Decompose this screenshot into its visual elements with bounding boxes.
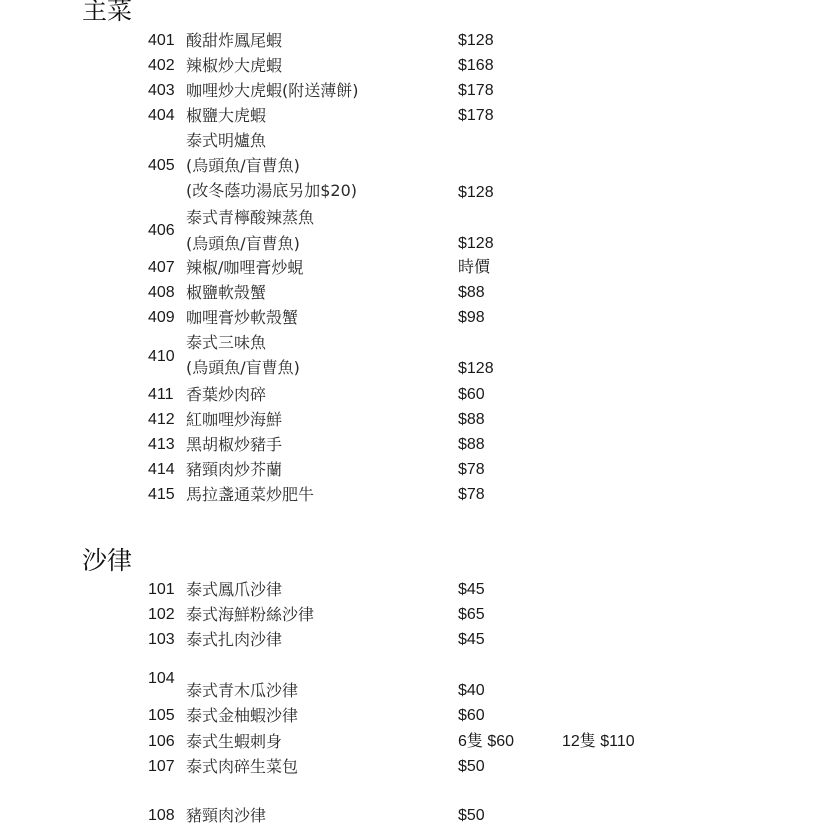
menu-item: 412 紅咖哩炒海鮮 $88 bbox=[0, 407, 828, 432]
menu-item: 414 豬頸肉炒芥蘭 $78 bbox=[0, 457, 828, 482]
item-code: 106 bbox=[148, 729, 175, 754]
menu-item: 105 泰式金柚蝦沙律 $60 bbox=[0, 703, 828, 728]
item-price: $98 bbox=[458, 305, 485, 330]
item-name: 泰式海鮮粉絲沙律 bbox=[186, 602, 314, 627]
section-title-main-dishes: 主菜 bbox=[82, 0, 132, 26]
item-name: 泰式肉碎生菜包 bbox=[186, 754, 298, 779]
item-code: 402 bbox=[148, 53, 175, 78]
item-price: $78 bbox=[458, 482, 485, 507]
item-name: 辣椒/咖哩膏炒蜆 bbox=[186, 255, 303, 280]
item-code: 104 bbox=[148, 666, 175, 691]
item-price: $45 bbox=[458, 627, 485, 652]
item-name: 泰式鳳爪沙律 bbox=[186, 577, 282, 602]
item-price: $78 bbox=[458, 457, 485, 482]
item-code: 410 bbox=[148, 344, 175, 369]
item-price: 6隻 $60 bbox=[458, 729, 514, 754]
item-code: 405 bbox=[148, 153, 175, 178]
item-price: $88 bbox=[458, 280, 485, 305]
item-code: 107 bbox=[148, 754, 175, 779]
item-price: $65 bbox=[458, 602, 485, 627]
item-code: 406 bbox=[148, 218, 175, 243]
item-price: $50 bbox=[458, 803, 485, 828]
menu-item: 404 椒鹽大虎蝦 $178 bbox=[0, 103, 828, 128]
menu-item: 409 咖哩膏炒軟殼蟹 $98 bbox=[0, 305, 828, 330]
menu-item: 泰式三味魚 410 (烏頭魚/盲曹魚) $128 bbox=[0, 330, 828, 380]
item-code: 105 bbox=[148, 703, 175, 728]
item-price: $168 bbox=[458, 53, 494, 78]
item-code: 403 bbox=[148, 78, 175, 103]
item-code: 103 bbox=[148, 627, 175, 652]
menu-item: 104 泰式青木瓜沙律 $40 bbox=[0, 666, 828, 706]
item-note: (烏頭魚/盲曹魚) bbox=[186, 231, 300, 256]
item-code: 411 bbox=[148, 382, 174, 407]
item-name: 泰式青檸酸辣蒸魚 bbox=[186, 205, 314, 230]
item-name: 泰式生蝦刺身 bbox=[186, 729, 282, 754]
menu-item: 107 泰式肉碎生菜包 $50 bbox=[0, 754, 828, 779]
item-code: 102 bbox=[148, 602, 175, 627]
menu-item: 106 泰式生蝦刺身 6隻 $60 12隻 $110 bbox=[0, 729, 828, 754]
item-name: 酸甜炸鳳尾蝦 bbox=[186, 28, 282, 53]
menu-item: 401 酸甜炸鳳尾蝦 $128 bbox=[0, 28, 828, 53]
menu-item: 415 馬拉盞通菜炒肥牛 $78 bbox=[0, 482, 828, 507]
item-note: (烏頭魚/盲曹魚) bbox=[186, 355, 300, 380]
item-name: 咖哩炒大虎蝦(附送薄餅) bbox=[186, 78, 359, 103]
menu-item: 103 泰式扎肉沙律 $45 bbox=[0, 627, 828, 652]
item-code: 408 bbox=[148, 280, 175, 305]
section-title-salads: 沙律 bbox=[82, 546, 132, 576]
item-code: 401 bbox=[148, 28, 175, 53]
menu-item: 408 椒鹽軟殼蟹 $88 bbox=[0, 280, 828, 305]
item-name: 辣椒炒大虎蝦 bbox=[186, 53, 282, 78]
item-code: 407 bbox=[148, 255, 175, 280]
item-name: 泰式扎肉沙律 bbox=[186, 627, 282, 652]
item-price: $128 bbox=[458, 356, 494, 381]
item-code: 412 bbox=[148, 407, 175, 432]
item-price: $88 bbox=[458, 407, 485, 432]
item-price: $128 bbox=[458, 180, 494, 205]
item-name: 香葉炒肉碎 bbox=[186, 382, 266, 407]
item-name: 紅咖哩炒海鮮 bbox=[186, 407, 282, 432]
item-code: 101 bbox=[148, 577, 175, 602]
menu-item: 102 泰式海鮮粉絲沙律 $65 bbox=[0, 602, 828, 627]
item-name: 黑胡椒炒豬手 bbox=[186, 432, 282, 457]
item-code: 414 bbox=[148, 457, 175, 482]
item-name: 泰式三味魚 bbox=[186, 330, 266, 355]
menu-item: 泰式明爐魚 405 (烏頭魚/盲曹魚) (改冬蔭功湯底另加$20) $128 bbox=[0, 128, 828, 203]
item-code: 108 bbox=[148, 803, 175, 828]
item-price-alt: 12隻 $110 bbox=[562, 729, 635, 754]
item-price: $60 bbox=[458, 703, 485, 728]
item-price: $88 bbox=[458, 432, 485, 457]
item-price: $60 bbox=[458, 382, 485, 407]
item-price: 時價 bbox=[458, 255, 490, 280]
item-price: $178 bbox=[458, 78, 494, 103]
item-name: 馬拉盞通菜炒肥牛 bbox=[186, 482, 314, 507]
item-price: $50 bbox=[458, 754, 485, 779]
item-name: 泰式明爐魚 bbox=[186, 128, 266, 153]
menu-item: 413 黑胡椒炒豬手 $88 bbox=[0, 432, 828, 457]
menu-item: 108 豬頸肉沙律 $50 bbox=[0, 803, 828, 828]
item-name: 豬頸肉炒芥蘭 bbox=[186, 457, 282, 482]
item-code: 404 bbox=[148, 103, 175, 128]
menu-item: 411 香葉炒肉碎 $60 bbox=[0, 382, 828, 407]
menu-item: 403 咖哩炒大虎蝦(附送薄餅) $178 bbox=[0, 78, 828, 103]
menu-item: 402 辣椒炒大虎蝦 $168 bbox=[0, 53, 828, 78]
item-name: 咖哩膏炒軟殼蟹 bbox=[186, 305, 298, 330]
item-price: $40 bbox=[458, 678, 485, 703]
item-note: (改冬蔭功湯底另加$20) bbox=[186, 178, 357, 203]
item-name: 豬頸肉沙律 bbox=[186, 803, 266, 828]
menu-item: 泰式青檸酸辣蒸魚 406 (烏頭魚/盲曹魚) $128 bbox=[0, 205, 828, 255]
item-code: 413 bbox=[148, 432, 175, 457]
item-price: $128 bbox=[458, 28, 494, 53]
menu-item: 101 泰式鳳爪沙律 $45 bbox=[0, 577, 828, 602]
item-name: 椒鹽軟殼蟹 bbox=[186, 280, 266, 305]
item-name: 泰式金柚蝦沙律 bbox=[186, 703, 298, 728]
item-code: 409 bbox=[148, 305, 175, 330]
menu-item: 407 辣椒/咖哩膏炒蜆 時價 bbox=[0, 255, 828, 280]
item-price: $128 bbox=[458, 231, 494, 256]
item-price: $178 bbox=[458, 103, 494, 128]
item-code: 415 bbox=[148, 482, 175, 507]
item-name: 椒鹽大虎蝦 bbox=[186, 103, 266, 128]
item-price: $45 bbox=[458, 577, 485, 602]
item-name: 泰式青木瓜沙律 bbox=[186, 678, 298, 703]
item-note: (烏頭魚/盲曹魚) bbox=[186, 153, 300, 178]
